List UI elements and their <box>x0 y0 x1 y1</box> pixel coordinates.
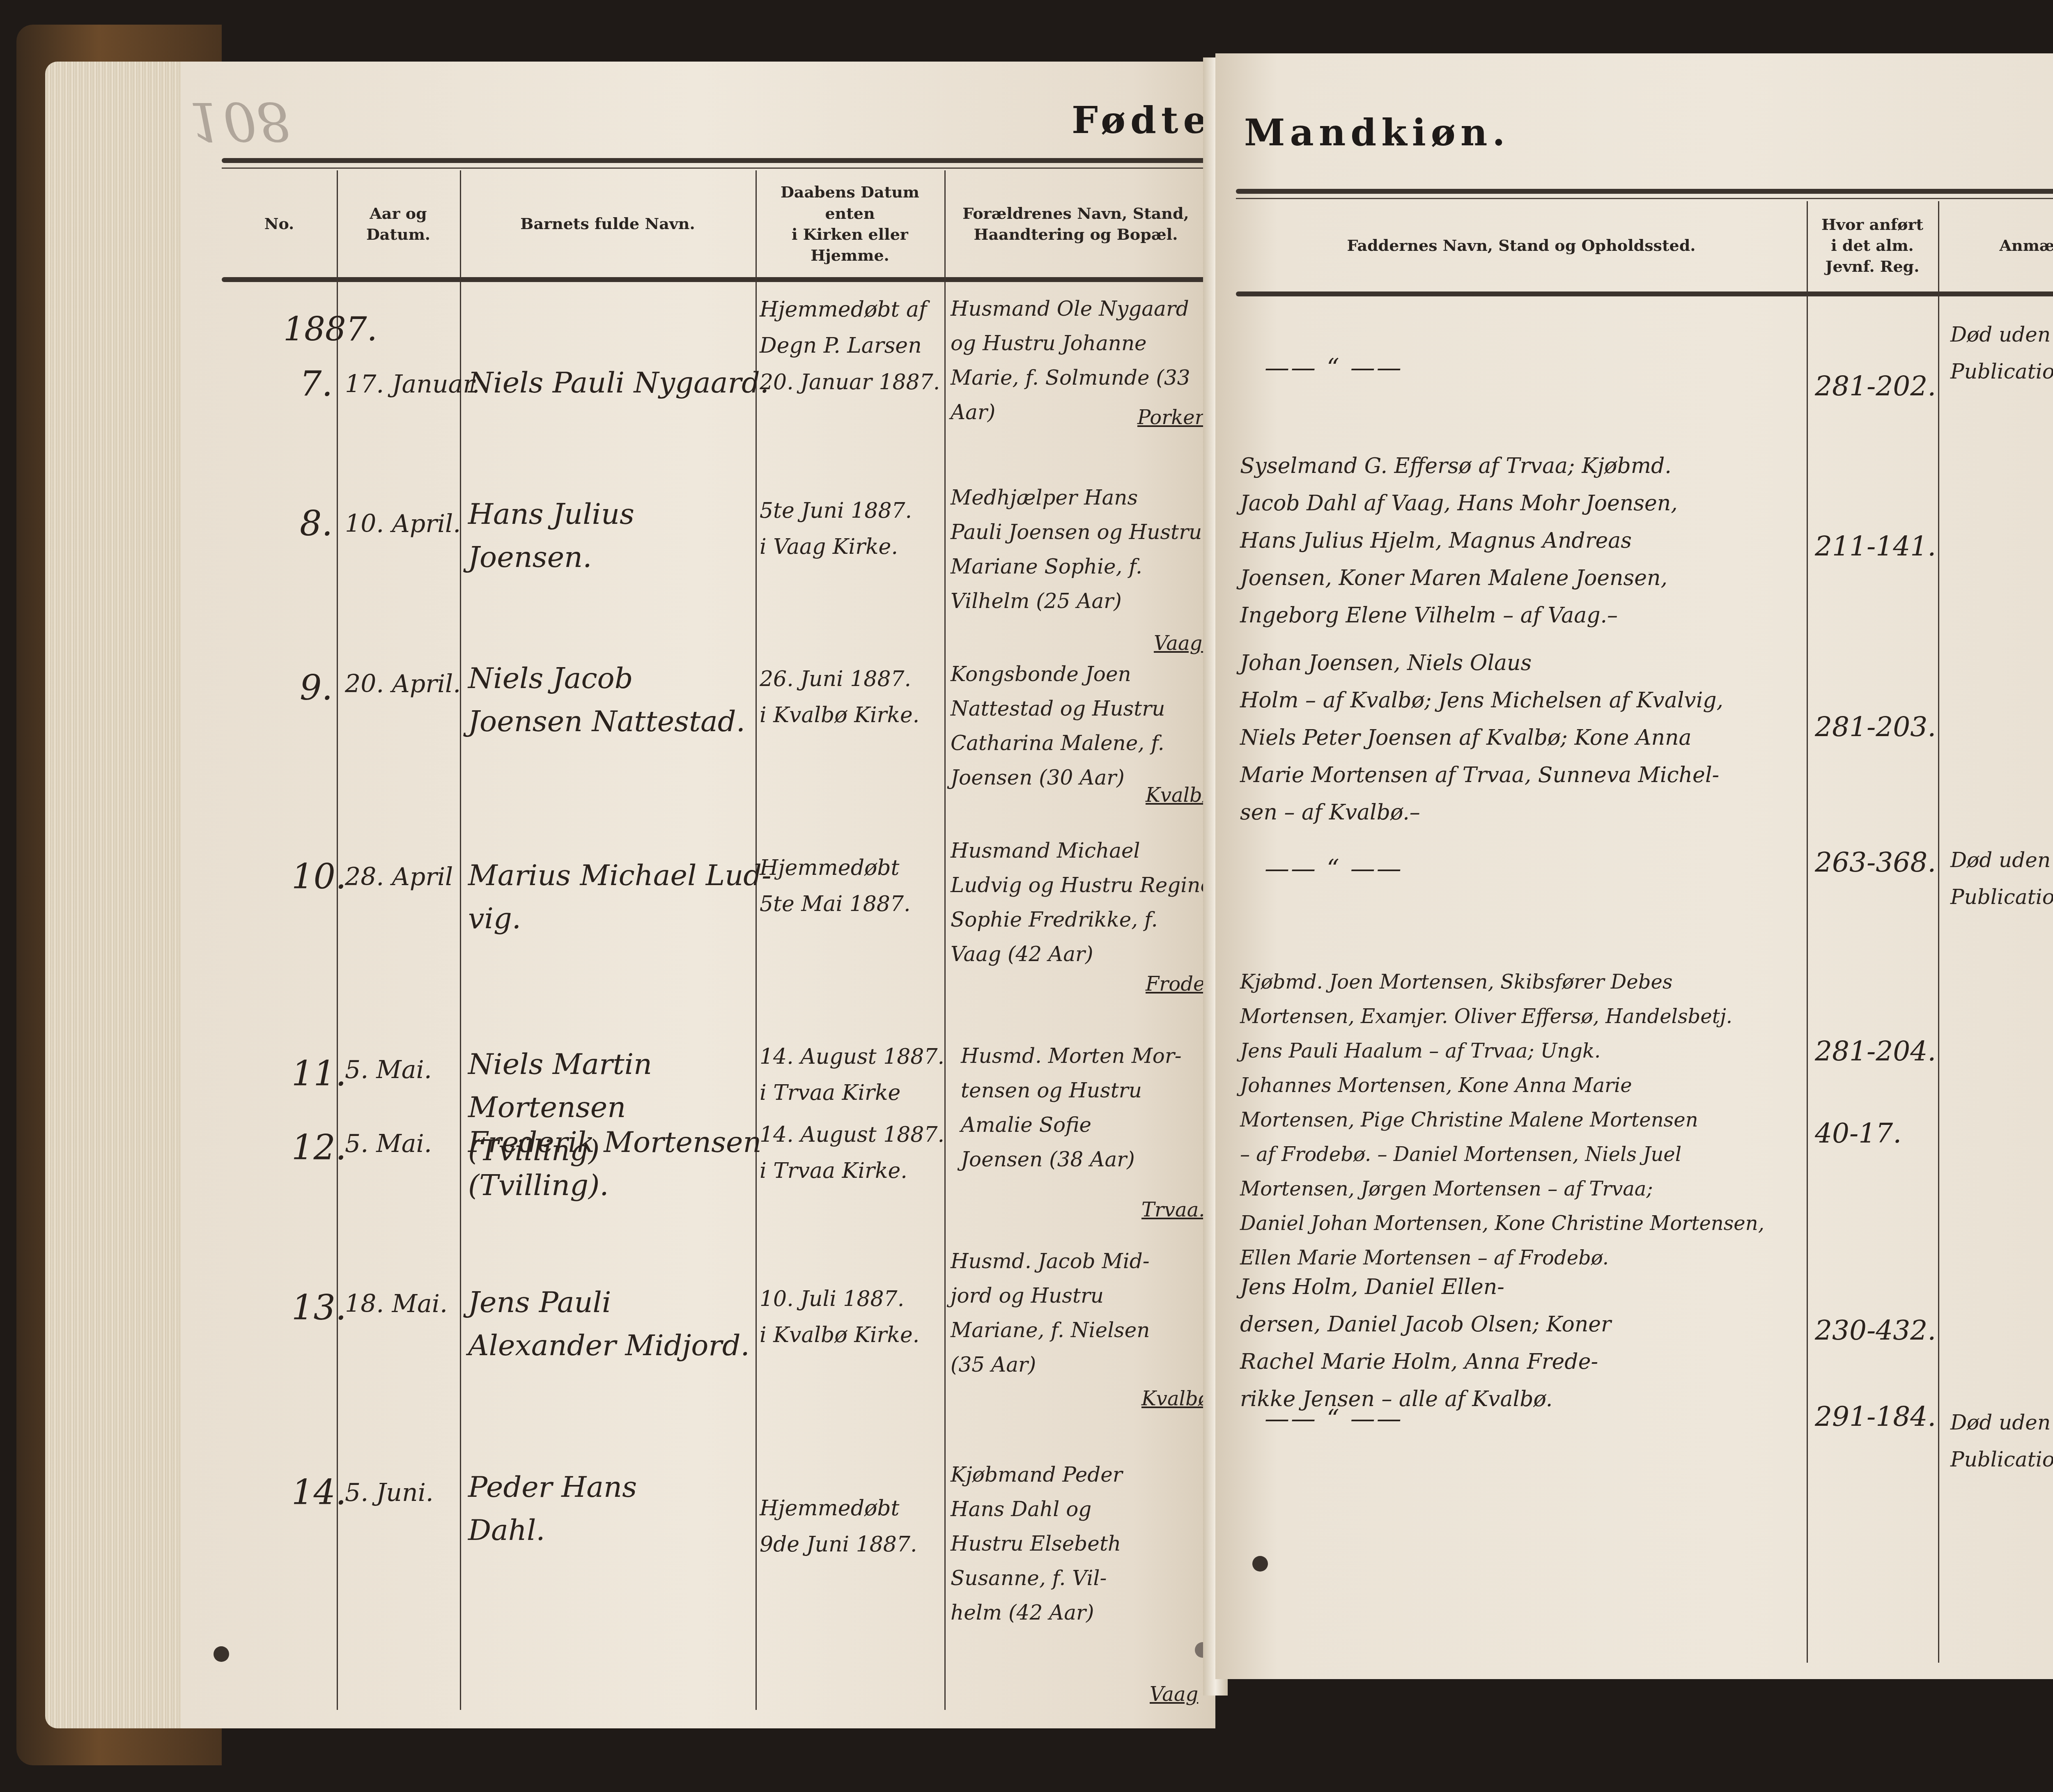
child-name: Jens Pauli Alexander Midjord. <box>468 1281 750 1367</box>
register-ref: 263-368. <box>1815 842 1936 883</box>
entry-date: 5. Mai. <box>345 1051 432 1089</box>
child-name: Marius Michael Lud- vig. <box>468 854 772 940</box>
register-ref: 281-202. <box>1815 365 1936 407</box>
register-ref: 291-184. <box>1815 1396 1936 1438</box>
col-header-parents: Forældrenes Navn, Stand, Haandtering og … <box>944 170 1207 277</box>
residence: Vaag. <box>1154 628 1208 659</box>
col-header-sponsors: Faddernes Navn, Stand og Opholdssted. <box>1236 201 1807 289</box>
baptism-date: 14. August 1887. i Trvaa Kirke. <box>760 1117 944 1189</box>
col-divider <box>944 170 946 1710</box>
entry-number: 9. <box>300 661 333 714</box>
col-header-date: Aar og Datum. <box>337 170 460 277</box>
entry-date: 20. April. <box>345 665 461 703</box>
entry-number: 8. <box>300 497 333 550</box>
left-page: 108 Fødte No. Aar og Datum. Barnets fuld… <box>181 62 1215 1728</box>
child-name: Niels Jacob Joensen Nattestad. <box>468 657 745 743</box>
baptism-date: Hjemmedøbt 9de Juni 1887. <box>760 1490 917 1563</box>
header-rule-top-thin <box>222 167 1207 169</box>
entry-number: 14. <box>292 1466 347 1519</box>
binding-hole <box>1252 1556 1268 1572</box>
sponsors: —— “ —— <box>1265 850 1403 888</box>
col-header-baptism: Daabens Datum enten i Kirken eller Hjemm… <box>756 170 944 277</box>
entry-number: 10. <box>292 850 347 903</box>
header-row-left: No. Aar og Datum. Barnets fulde Navn. Da… <box>222 170 1207 277</box>
binding-hole <box>214 1646 229 1662</box>
header-rule-top <box>1236 189 2053 194</box>
header-rule-bottom <box>222 277 1207 282</box>
residence: Kvalbø <box>1141 1384 1210 1414</box>
child-name: Niels Pauli Nygaard. <box>468 361 769 404</box>
header-rule-top-thin <box>1236 198 2053 199</box>
entry-number: 13. <box>292 1281 347 1334</box>
baptism-date: Hjemmedøbt af Degn P. Larsen 20. Januar … <box>760 291 940 400</box>
sponsors: Johan Joensen, Niels Olaus Holm – af Kva… <box>1240 645 1723 831</box>
page-number-left: 108 <box>189 90 291 153</box>
header-row-right: Faddernes Navn, Stand og Opholdssted. Hv… <box>1236 201 2053 289</box>
col-header-remarks: Anmærkninger. <box>1938 201 2053 289</box>
baptism-date: 5te Juni 1887. i Vaag Kirke. <box>760 493 912 565</box>
entry-date: 5. Juni. <box>345 1474 434 1512</box>
parents: Kjøbmand Peder Hans Dahl og Hustru Elseb… <box>951 1457 1123 1630</box>
col-header-child-name: Barnets fulde Navn. <box>460 170 756 277</box>
remarks: Død uden Daabens Publication i Kirken. <box>1950 842 2053 916</box>
entry-number: 7. <box>300 357 333 411</box>
right-page: Mandkiøn. 109 Faddernes Navn, Stand og O… <box>1215 53 2053 1679</box>
entry-date: 5. Mai. <box>345 1125 432 1163</box>
baptism-date: 14. August 1887. i Trvaa Kirke <box>760 1039 944 1111</box>
remarks: Død uden Daabens Publication i Kirken. <box>1950 316 2053 390</box>
baptism-date: 26. Juni 1887. i Kvalbø Kirke. <box>760 661 919 734</box>
col-header-no: No. <box>222 170 337 277</box>
year-label: 1887. <box>283 304 377 355</box>
header-rule-top <box>222 158 1207 163</box>
register-ref: 40-17. <box>1815 1113 1901 1154</box>
parents: Kongsbonde Joen Nattestad og Hustru Cath… <box>951 657 1165 795</box>
remarks: Død uden Daabens Publication i Kirken. <box>1950 1404 2053 1478</box>
header-rule-bottom <box>1236 291 2053 296</box>
entry-date: 10. April. <box>345 505 461 543</box>
parents: Husmd. Jacob Mid- jord og Hustru Mariane… <box>951 1244 1150 1382</box>
entry-date: 18. Mai. <box>345 1285 448 1323</box>
register-ref: 281-203. <box>1815 706 1936 748</box>
register-ref: 211-141. <box>1815 525 1936 567</box>
register-ref: 281-204. <box>1815 1030 1936 1072</box>
entry-date: 28. April <box>345 858 453 896</box>
child-name: Frederik Mortensen (Tvilling). <box>468 1121 762 1207</box>
entry-number: 12. <box>292 1121 347 1174</box>
child-name: Hans Julius Joensen. <box>468 493 634 579</box>
parents: Husmand Michael Ludvig og Hustru Regine … <box>951 833 1213 971</box>
parents: Medhjælper Hans Pauli Joensen og Hustru … <box>951 480 1202 618</box>
section-title-right: Mandkiøn. <box>1244 111 1510 154</box>
col-divider <box>1807 201 1808 1663</box>
entry-number: 11. <box>292 1047 347 1100</box>
col-divider <box>1938 201 1939 1663</box>
section-title-left: Fødte <box>1072 99 1212 142</box>
baptism-date: Hjemmedøbt 5te Mai 1887. <box>760 850 911 922</box>
col-header-register-ref: Hvor anført i det alm. Jevnf. Reg. <box>1807 201 1938 289</box>
entry-date: 17. Januar. <box>345 365 480 404</box>
sponsors: Syselmand G. Effersø af Trvaa; Kjøbmd. J… <box>1240 447 1678 634</box>
residence: Trvaa. <box>1141 1195 1205 1225</box>
register-ref: 230-432. <box>1815 1310 1936 1351</box>
child-name: Peder Hans Dahl. <box>468 1466 637 1552</box>
parents: Husmd. Morten Mor- tensen og Hustru Amal… <box>961 1039 1182 1177</box>
sponsors: —— “ —— <box>1265 349 1403 387</box>
sponsors: —— “ —— <box>1265 1400 1403 1438</box>
baptism-date: 10. Juli 1887. i Kvalbø Kirke. <box>760 1281 919 1354</box>
residence: Vaag <box>1150 1679 1198 1709</box>
sponsors: Kjøbmd. Joen Mortensen, Skibsfører Debes… <box>1240 965 1764 1275</box>
sponsors: Jens Holm, Daniel Ellen- dersen, Daniel … <box>1240 1269 1611 1418</box>
